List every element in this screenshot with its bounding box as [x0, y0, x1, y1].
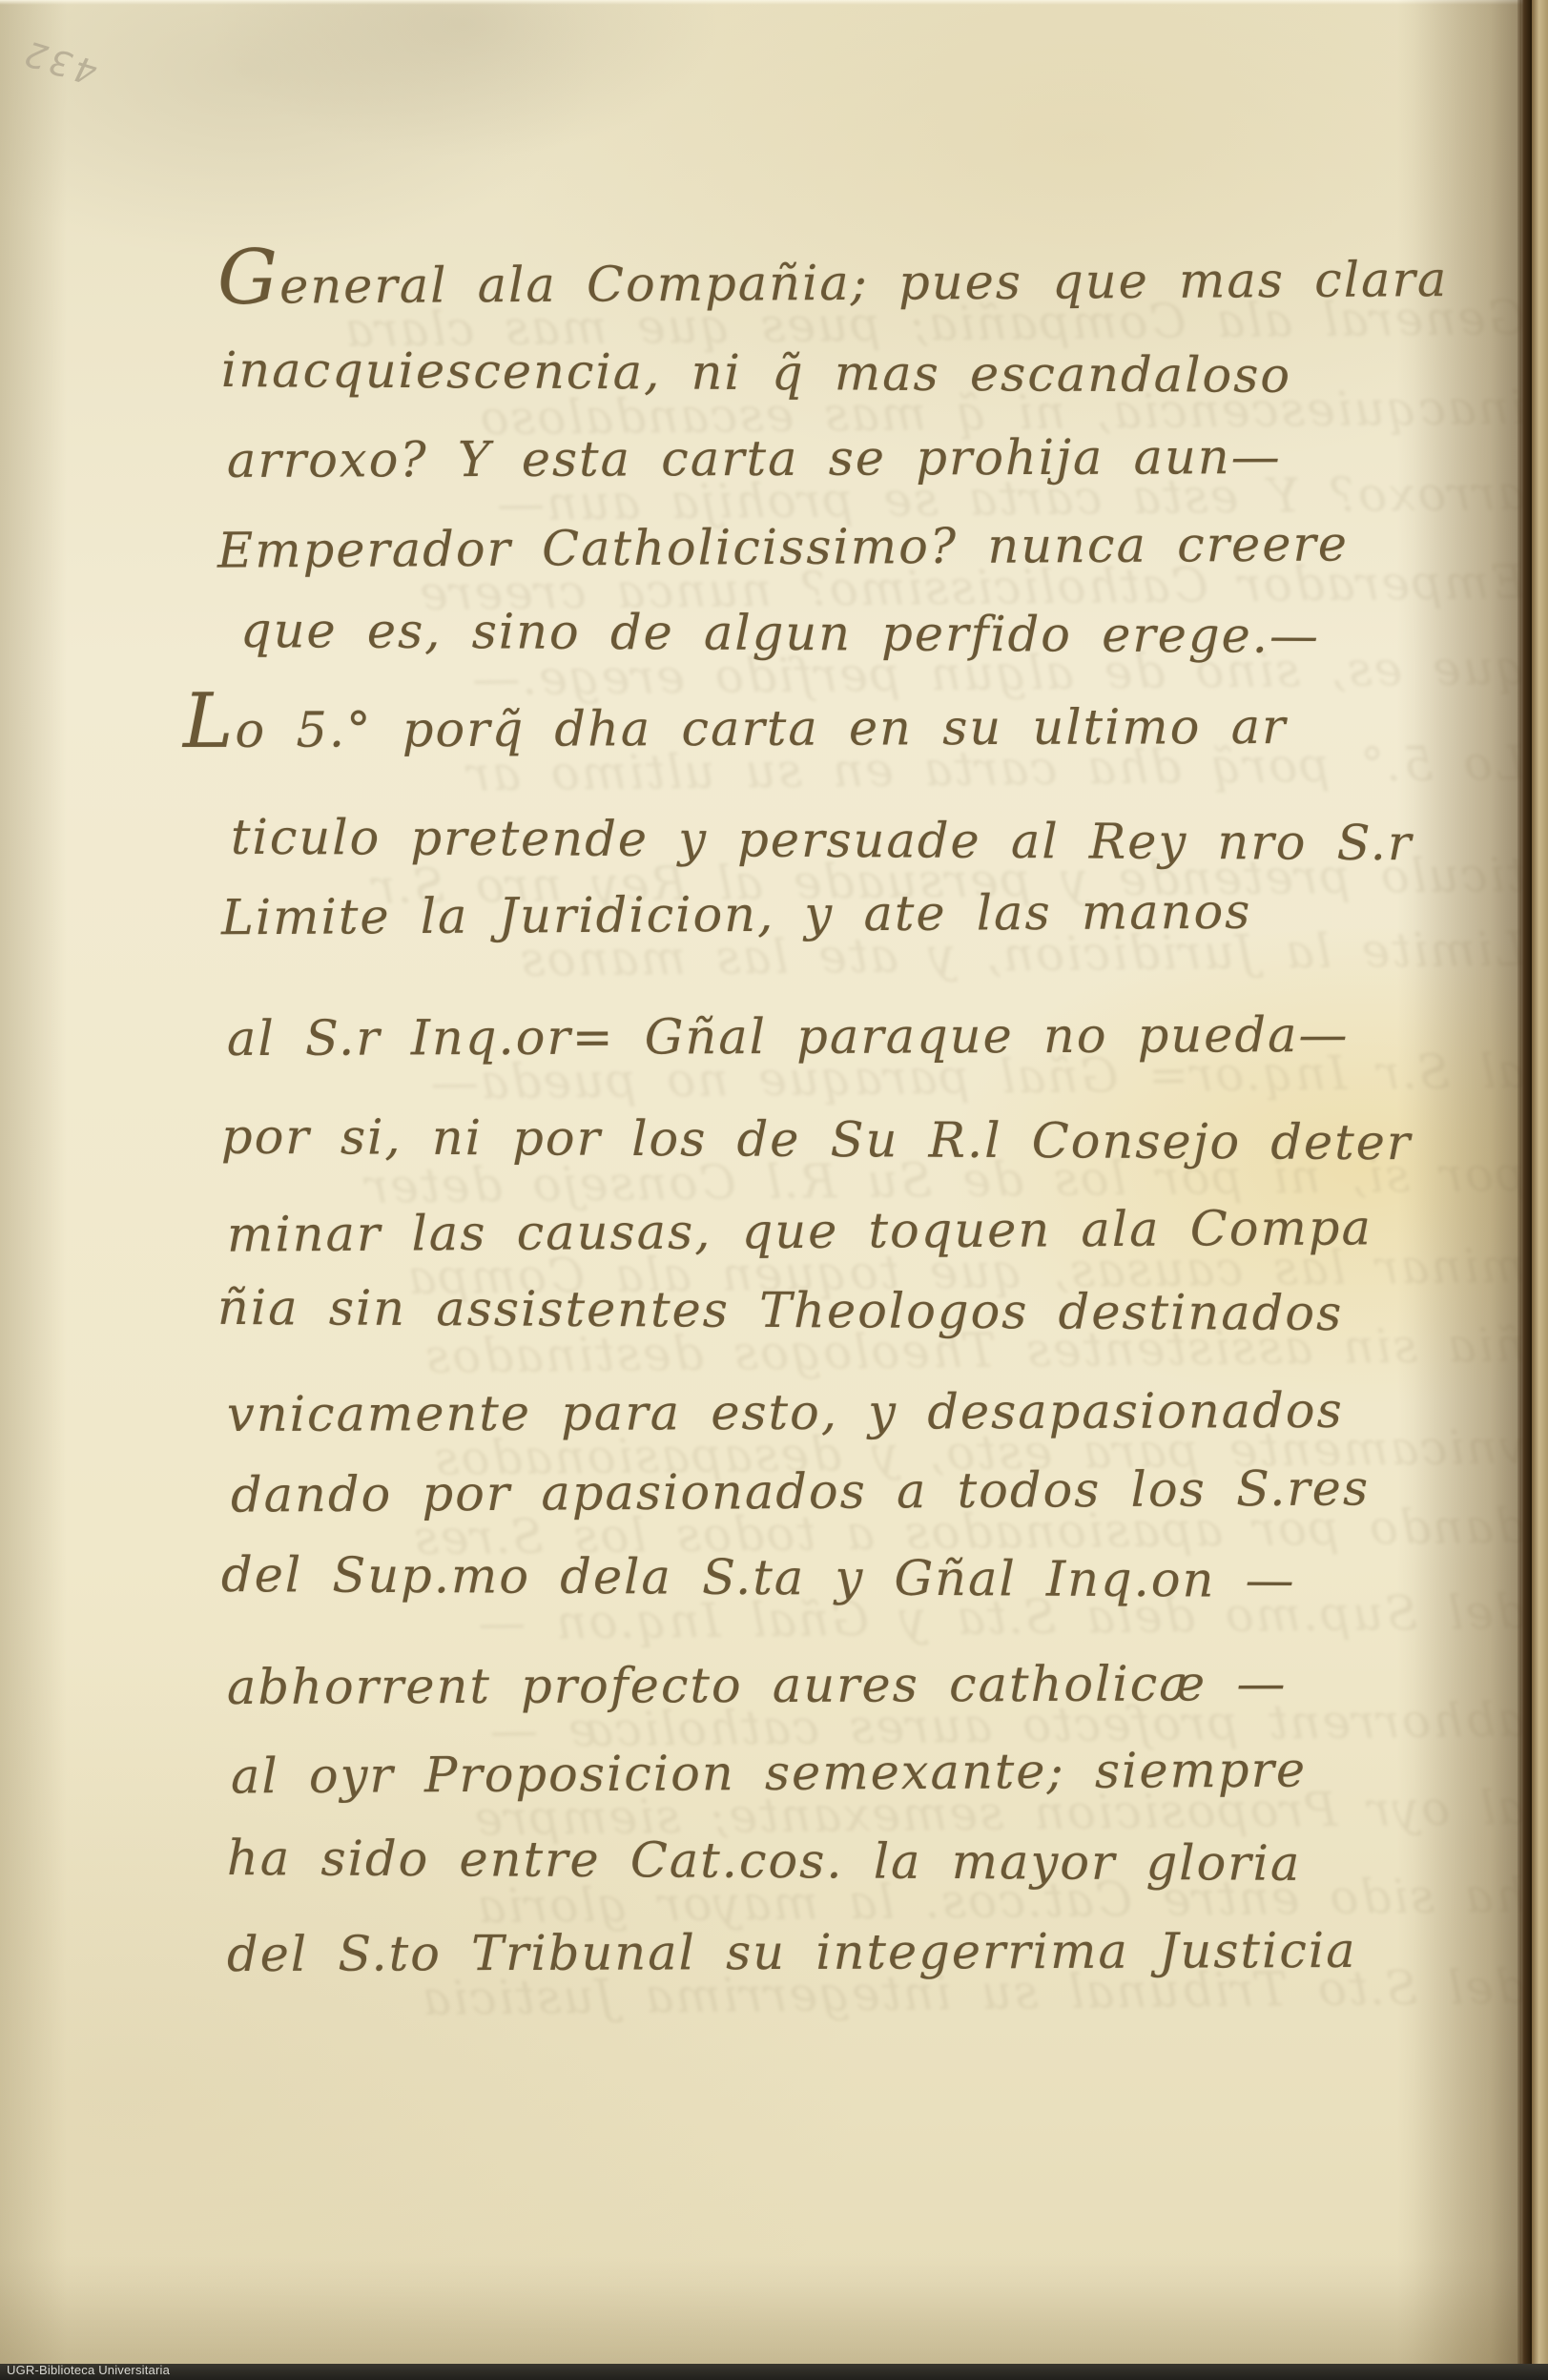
library-watermark: UGR-Biblioteca Universitaria [7, 2363, 170, 2377]
binding-edge [1517, 0, 1532, 2380]
manuscript-line: del S.to Tribunal su integerrima Justici… [227, 1923, 1357, 1983]
manuscript-line: al S.r Inq.or= Gñal paraque no pueda— [227, 1007, 1350, 1067]
manuscript-line: dando por apasionados a todos los S.res [231, 1460, 1370, 1523]
manuscript-line: por si, ni por los de Su R.l Consejo det… [221, 1109, 1413, 1172]
manuscript-line: minar las causas, que toquen ala Compa [227, 1200, 1373, 1263]
manuscript-line: ticulo pretende y persuade al Rey nro S.… [231, 810, 1414, 872]
adjacent-page-edge [1532, 0, 1548, 2380]
manuscript-line: Lo 5.° porq̃ dha carta en su ultimo ar [183, 699, 1288, 759]
manuscript-line: ñia sin assistentes Theologos destinados [217, 1280, 1344, 1342]
scan-bottom-edge [0, 2364, 1548, 2380]
manuscript-text: General ala Compañia; pues que mas clara… [0, 0, 1548, 2380]
manuscript-line: Emperador Catholicissimo? nunca creere [217, 516, 1349, 579]
manuscript-line: inacquiescencia, ni q̃ mas escandaloso [221, 342, 1291, 404]
manuscript-line: ha sido entre Cat.cos. la mayor gloria [227, 1831, 1302, 1893]
manuscript-line: arroxo? Y esta carta se prohija aun— [227, 429, 1282, 489]
manuscript-line: al oyr Proposicion semexante; siempre [231, 1743, 1307, 1806]
manuscript-line: Limite la Juridicion, y ate las manos [221, 884, 1252, 947]
manuscript-line: vnicamente para esto, y desapasionados [227, 1383, 1344, 1443]
manuscript-line: abhorrent profecto aures catholicæ — [227, 1656, 1288, 1716]
manuscript-line: General ala Compañia; pues que mas clara [217, 252, 1449, 316]
manuscript-scan: 432 General ala Compañia; pues que mas c… [0, 0, 1548, 2380]
manuscript-line: del Sup.mo dela S.ta y Gñal Inq.on — [221, 1547, 1296, 1609]
manuscript-line: que es, sino de algun perfido erege.— [240, 603, 1320, 665]
